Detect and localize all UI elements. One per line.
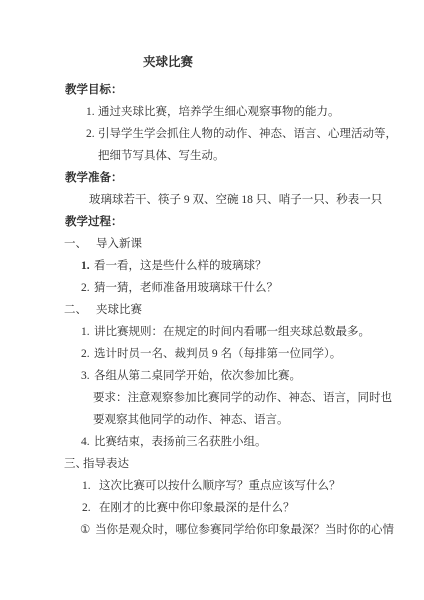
note-text: 注意观察参加比赛同学的动作、神态、语言，同时也 bbox=[128, 392, 393, 404]
list-number: 2. bbox=[81, 343, 94, 365]
section-number: 二、 bbox=[64, 299, 96, 321]
heading-teaching-preparation: 教学准备： bbox=[0, 167, 424, 189]
step-2-item-1: 1.讲比赛规则：在规定的时间内看哪一组夹球总数最多。 bbox=[0, 321, 424, 343]
goal-item-2-continuation: 把细节写具体、写生动。 bbox=[0, 145, 424, 167]
step-2-item-2-text: 选计时员一名、裁判员 9 名（每排第一位同学）。 bbox=[94, 348, 341, 360]
goal-item-1-text: 通过夹球比赛，培养学生细心观察事物的能力。 bbox=[98, 106, 340, 118]
step-3-item-2: 2.在刚才的比赛中你印象最深的是什么？ bbox=[0, 497, 424, 519]
list-number: 2. bbox=[82, 497, 99, 519]
step-3-item-1-text: 这次比赛可以按什么顺序写？重点应该写什么？ bbox=[99, 480, 341, 492]
document-page: 夹球比赛 教学目标： 1.通过夹球比赛，培养学生细心观察事物的能力。 2.引导学… bbox=[0, 0, 424, 600]
list-number: 3. bbox=[81, 365, 94, 387]
section-number: 一、 bbox=[64, 233, 96, 255]
step-2-item-1-text: 讲比赛规则：在规定的时间内看哪一组夹球总数最多。 bbox=[94, 326, 370, 338]
step-1-item-1-text: 看一看，这是些什么样的玻璃球？ bbox=[94, 260, 267, 272]
step-2-item-2: 2.选计时员一名、裁判员 9 名（每排第一位同学）。 bbox=[0, 343, 424, 365]
step-3-item-1: 1.这次比赛可以按什么顺序写？重点应该写什么？ bbox=[0, 475, 424, 497]
step-1-item-2-text: 猜一猜，老师准备用玻璃球干什么？ bbox=[94, 282, 278, 294]
step-1-heading: 一、导入新课 bbox=[0, 233, 424, 255]
step-2-item-4: 4.比赛结束，表扬前三名获胜小组。 bbox=[0, 431, 424, 453]
doc-title: 夹球比赛 bbox=[0, 51, 424, 73]
list-number: 1. bbox=[81, 321, 94, 343]
goal-item-1: 1.通过夹球比赛，培养学生细心观察事物的能力。 bbox=[0, 101, 424, 123]
goal-item-2-text: 引导学生学会抓住人物的动作、神态、语言、心理活动等， bbox=[98, 128, 397, 140]
step-1-title: 导入新课 bbox=[96, 238, 142, 250]
step-3-heading: 三、指导表达 bbox=[0, 453, 424, 475]
heading-teaching-goals: 教学目标： bbox=[0, 79, 424, 101]
step-3-title: 指导表达 bbox=[83, 458, 129, 470]
step-2-item-3-note: 要求：注意观察参加比赛同学的动作、神态、语言，同时也 bbox=[0, 387, 424, 409]
goal-item-2: 2.引导学生学会抓住人物的动作、神态、语言、心理活动等， bbox=[0, 123, 424, 145]
step-3-item-circled-1-text: 当你是观众时，哪位参赛同学给你印象最深？当时你的心情 bbox=[95, 524, 394, 536]
step-1-item-2: 2.猜一猜，老师准备用玻璃球干什么？ bbox=[0, 277, 424, 299]
step-2-title: 夹球比赛 bbox=[96, 304, 142, 316]
step-1-item-1: 1.看一看，这是些什么样的玻璃球？ bbox=[0, 255, 424, 277]
circled-number: ① bbox=[80, 519, 95, 541]
step-3-item-circled-1: ①当你是观众时，哪位参赛同学给你印象最深？当时你的心情 bbox=[0, 519, 424, 541]
heading-teaching-process: 教学过程： bbox=[0, 211, 424, 233]
list-number: 2. bbox=[86, 123, 98, 145]
list-number: 1. bbox=[86, 101, 98, 123]
step-2-item-3-text: 各组从第二桌同学开始，依次参加比赛。 bbox=[94, 370, 301, 382]
preparation-body: 玻璃球若干、筷子 9 双、空碗 18 只、哨子一只、秒表一只 bbox=[0, 189, 424, 211]
section-number: 三、 bbox=[64, 453, 83, 475]
note-label: 要求： bbox=[93, 392, 128, 404]
list-number: 2. bbox=[81, 277, 94, 299]
list-number: 4. bbox=[81, 431, 94, 453]
list-number: 1. bbox=[82, 475, 99, 497]
list-number: 1. bbox=[81, 255, 94, 277]
step-2-item-4-text: 比赛结束，表扬前三名获胜小组。 bbox=[94, 436, 267, 448]
step-2-heading: 二、夹球比赛 bbox=[0, 299, 424, 321]
step-3-item-2-text: 在刚才的比赛中你印象最深的是什么？ bbox=[99, 502, 295, 514]
step-2-item-3: 3.各组从第二桌同学开始，依次参加比赛。 bbox=[0, 365, 424, 387]
step-2-item-3-note-continuation: 要观察其他同学的动作、神态、语言。 bbox=[0, 409, 424, 431]
